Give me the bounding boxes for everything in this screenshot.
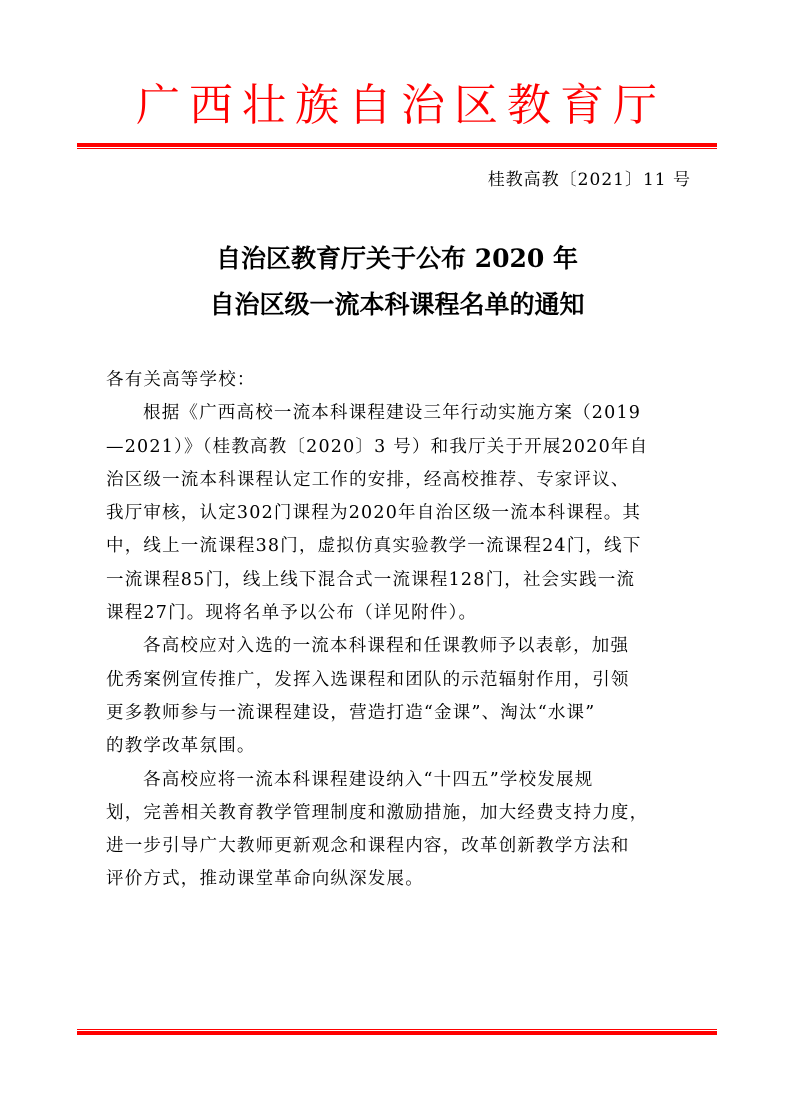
paragraph-line: 优秀案例宣传推广，发挥入选课程和团队的示范辐射作用，引领 [106, 664, 694, 697]
paragraph-line: 课程27门。现将名单予以公布（详见附件）。 [106, 597, 694, 630]
paragraph-2: 各高校应对入选的一流本科课程和任课教师予以表彰，加强 优秀案例宣传推广，发挥入选… [106, 630, 694, 763]
salutation: 各有关高等学校： [106, 364, 694, 397]
title-line-2: 自治区级一流本科课程名单的通知 [0, 282, 794, 328]
divider-thick-line [77, 1031, 717, 1035]
paragraph-line: 评价方式，推动课堂革命向纵深发展。 [106, 863, 694, 896]
paragraph-3: 各高校应将一流本科课程建设纳入“十四五”学校发展规 划，完善相关教育教学管理制度… [106, 764, 694, 897]
paragraph-line: 进一步引导广大教师更新观念和课程内容，改革创新教学方法和 [106, 830, 694, 863]
paragraph-line: —2021）》（桂教高教〔2020〕3 号）和我厅关于开展2020年自 [106, 431, 694, 464]
footer-divider [77, 1029, 717, 1035]
paragraph-line: 各高校应将一流本科课程建设纳入“十四五”学校发展规 [106, 764, 694, 797]
paragraph-line: 划，完善相关教育教学管理制度和激励措施，加大经费支持力度， [106, 797, 694, 830]
paragraph-line: 各高校应对入选的一流本科课程和任课教师予以表彰，加强 [106, 630, 694, 663]
paragraph-line: 更多教师参与一流课程建设，营造打造“金课”、淘汰“水课” [106, 697, 694, 730]
masthead-org-name: 广西壮族自治区教育厅 [0, 78, 794, 134]
paragraph-line: 根据《广西高校一流本科课程建设三年行动实施方案（2019 [106, 397, 694, 430]
document-body: 各有关高等学校： 根据《广西高校一流本科课程建设三年行动实施方案（2019 —2… [106, 364, 694, 897]
paragraph-line: 一流课程85门，线上线下混合式一流课程128门，社会实践一流 [106, 564, 694, 597]
paragraph-line: 中，线上一流课程38门，虚拟仿真实验教学一流课程24门，线下 [106, 530, 694, 563]
masthead-divider [77, 143, 717, 149]
paragraph-line: 我厅审核，认定302门课程为2020年自治区级一流本科课程。其 [106, 497, 694, 530]
title-line-1: 自治区教育厅关于公布 2020 年 [0, 236, 794, 282]
paragraph-line: 的教学改革氛围。 [106, 730, 694, 763]
document-number: 桂教高教〔2021〕11 号 [488, 166, 691, 194]
divider-thin-line [77, 148, 717, 149]
paragraph-1: 根据《广西高校一流本科课程建设三年行动实施方案（2019 —2021）》（桂教高… [106, 397, 694, 630]
paragraph-line: 治区级一流本科课程认定工作的安排，经高校推荐、专家评议、 [106, 464, 694, 497]
document-title: 自治区教育厅关于公布 2020 年 自治区级一流本科课程名单的通知 [0, 236, 794, 328]
